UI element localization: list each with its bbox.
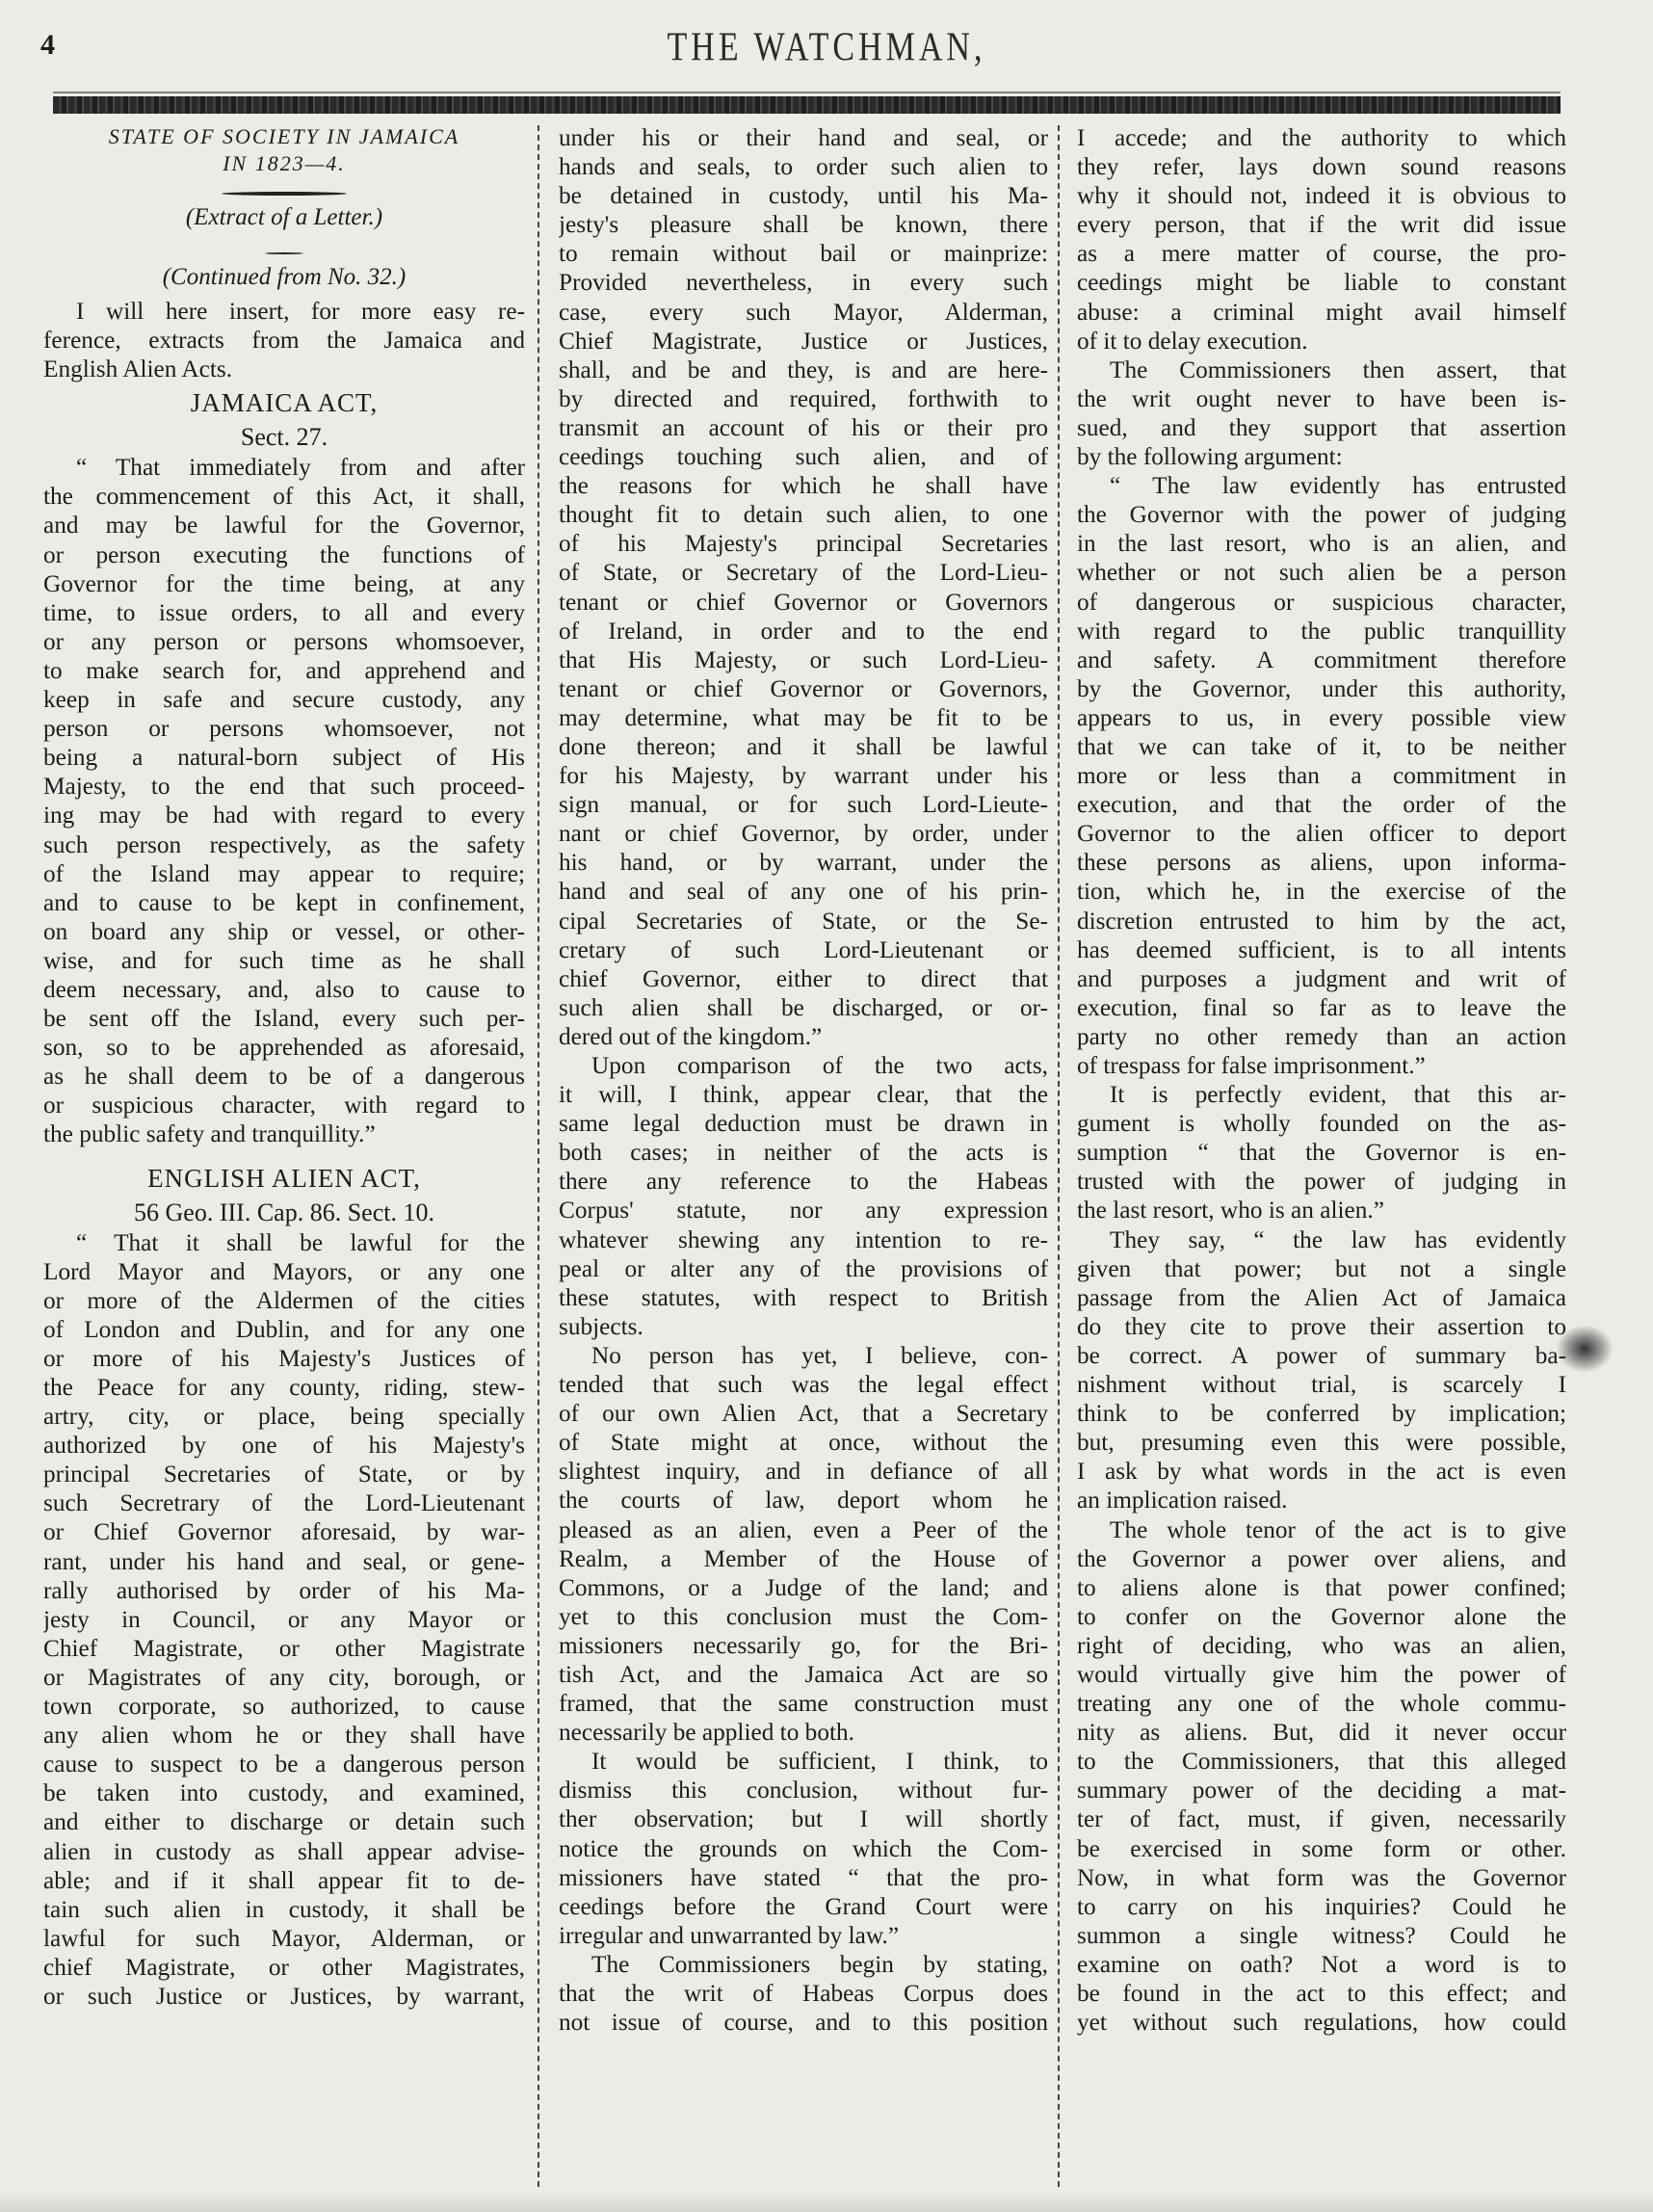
text-line: nity as aliens. But, did it never occur	[1077, 1718, 1566, 1747]
text-line: given that power; but not a single	[1077, 1254, 1566, 1283]
text-line: would virtually give him the power of	[1077, 1660, 1566, 1689]
text-line: time, to issue orders, to all and every	[43, 598, 525, 627]
text-line: not issue of course, and to this positio…	[559, 2008, 1048, 2037]
text-line: to aliens alone is that power confined;	[1077, 1573, 1566, 1602]
text-line: cause to suspect to be a dangerous perso…	[43, 1750, 525, 1778]
text-line: of trespass for false imprisonment.”	[1077, 1051, 1566, 1080]
text-line: nant or chief Governor, by order, under	[559, 819, 1048, 848]
text-line: jesty in Council, or any Mayor or	[43, 1605, 525, 1634]
text-line: I will here insert, for more easy re-	[43, 297, 525, 326]
text-line: dismiss this conclusion, without fur-	[559, 1776, 1048, 1804]
text-line: or suspicious character, with regard to	[43, 1091, 525, 1119]
comparison-paragraph: Upon comparison of the two acts, it will…	[559, 1051, 1048, 1341]
sufficient-paragraph: It would be sufficient, I think, to dism…	[559, 1747, 1048, 1950]
text-line: artry, city, or place, being specially	[43, 1402, 525, 1431]
text-line: ther observation; but I will shortly	[559, 1804, 1048, 1833]
text-line: notice the grounds on which the Com-	[559, 1834, 1048, 1863]
text-line: Commons, or a Judge of the land; and	[559, 1573, 1048, 1602]
text-line: Majesty, to the end that such proceed-	[43, 772, 525, 801]
text-line: the commencement of this Act, it shall,	[43, 482, 525, 511]
commissioners-begin-paragraph: The Commissioners begin by stating, that…	[559, 1950, 1048, 2037]
text-line: dered out of the kingdom.”	[559, 1022, 1048, 1051]
they-say-paragraph: They say, “ the law has evidently given …	[1077, 1225, 1566, 1515]
text-line: but, presuming even this were possible,	[1077, 1428, 1566, 1457]
text-line: or more of his Majesty's Justices of	[43, 1344, 525, 1373]
text-line: of it to delay execution.	[1077, 327, 1566, 355]
text-line: slightest inquiry, and in defiance of al…	[559, 1457, 1048, 1486]
text-line: tain such alien in custody, it shall be	[43, 1895, 525, 1924]
text-line: irregular and unwarranted by law.”	[559, 1921, 1048, 1950]
commissioners-assert-paragraph: The Commissioners then assert, that the …	[1077, 355, 1566, 471]
text-line: keep in safe and secure custody, any	[43, 685, 525, 714]
text-line: or Magistrates of any city, borough, or	[43, 1663, 525, 1692]
text-line: appears to us, in every possible view	[1077, 703, 1566, 732]
text-line: principal Secretaries of State, or by	[43, 1460, 525, 1488]
text-line: pleased as an alien, even a Peer of the	[559, 1515, 1048, 1544]
text-line: to confer on the Governor alone the	[1077, 1602, 1566, 1631]
text-line: to the Commissioners, that this alleged	[1077, 1747, 1566, 1776]
text-line: sign manual, or for such Lord-Lieute-	[559, 790, 1048, 819]
text-line: as a mere matter of course, the pro-	[1077, 239, 1566, 268]
text-line: whatever shewing any intention to re-	[559, 1225, 1048, 1254]
text-line: or any person or persons whomsoever,	[43, 627, 525, 656]
text-line: tion, which he, in the exercise of the	[1077, 877, 1566, 906]
text-line: summon a single witness? Could he	[1077, 1921, 1566, 1950]
text-line: Governor for the time being, at any	[43, 569, 525, 598]
text-line: may determine, what may be fit to be	[559, 703, 1048, 732]
text-line: passage from the Alien Act of Jamaica	[1077, 1283, 1566, 1312]
text-line: of State might at once, without the	[559, 1428, 1048, 1457]
text-line: do they cite to prove their assertion to	[1077, 1312, 1566, 1341]
text-line: yet without such regulations, how could	[1077, 2008, 1566, 2037]
text-line: lawful for such Mayor, Alderman, or	[43, 1924, 525, 1953]
text-line: execution, final so far as to leave the	[1077, 993, 1566, 1022]
text-line: that His Majesty, or such Lord-Lieu-	[559, 645, 1048, 674]
text-line: nishment without trial, is scarcely I	[1077, 1370, 1566, 1399]
torn-bottom-edge	[0, 2191, 1653, 2212]
text-line: hands and seals, to order such alien to	[559, 152, 1048, 181]
jamaica-act-section: Sect. 27.	[43, 422, 525, 453]
text-line: that the writ of Habeas Corpus does	[559, 1979, 1048, 2008]
text-line: by the following argument:	[1077, 442, 1566, 471]
text-line: of dangerous or suspicious character,	[1077, 588, 1566, 617]
text-line: these persons as aliens, upon informa-	[1077, 848, 1566, 877]
text-line: be taken into custody, and examined,	[43, 1778, 525, 1807]
text-line: Chief Magistrate, or other Magistrate	[43, 1634, 525, 1663]
text-line: rally authorised by order of his Ma-	[43, 1576, 525, 1605]
text-line: in the last resort, who is an alien, and	[1077, 529, 1566, 558]
text-line: It is perfectly evident, that this ar-	[1077, 1080, 1566, 1109]
masthead-title: THE WATCHMAN,	[0, 25, 1653, 71]
text-line: to make search for, and apprehend and	[43, 656, 525, 685]
text-line: trusted with the power of judging in	[1077, 1167, 1566, 1196]
text-line: of the Island may appear to require;	[43, 859, 525, 888]
article-subtitle: (Extract of a Letter.)	[43, 198, 525, 237]
text-line: be found in the act to this effect; and	[1077, 1979, 1566, 2008]
text-line: framed, that the same construction must	[559, 1689, 1048, 1718]
text-line: able; and if it shall appear fit to de-	[43, 1866, 525, 1895]
text-line: for his Majesty, by warrant under his	[559, 761, 1048, 790]
text-line: execution, and that the order of the	[1077, 790, 1566, 819]
text-line: or Chief Governor aforesaid, by war-	[43, 1517, 525, 1546]
text-line: summary power of the deciding a mat-	[1077, 1776, 1566, 1804]
text-line: such alien shall be discharged, or or-	[559, 993, 1048, 1022]
no-person-paragraph: No person has yet, I believe, con- tende…	[559, 1341, 1048, 1747]
text-line: peal or alter any of the provisions of	[559, 1254, 1048, 1283]
header-thick-rule	[53, 96, 1561, 114]
text-line: The Commissioners begin by stating,	[559, 1950, 1048, 1979]
text-line: of London and Dublin, and for any one	[43, 1315, 525, 1344]
text-line: missioners have stated “ that the pro-	[559, 1863, 1048, 1892]
text-line: discretion entrusted to him by the act,	[1077, 907, 1566, 935]
text-line: ing may be had with regard to every	[43, 801, 525, 829]
header-thin-rule	[53, 92, 1561, 93]
text-line: transmit an account of his or their pro	[559, 413, 1048, 442]
text-line: every person, that if the writ did issue	[1077, 210, 1566, 239]
text-line: these statutes, with respect to British	[559, 1283, 1048, 1312]
text-line: or person executing the functions of	[43, 540, 525, 569]
text-line: person or persons whomsoever, not	[43, 714, 525, 743]
text-line: same legal deduction must be drawn in	[559, 1109, 1048, 1138]
text-line: whether or not such alien be a person	[1077, 558, 1566, 587]
text-line: English Alien Acts.	[43, 355, 525, 383]
text-line: “ That it shall be lawful for the	[43, 1228, 525, 1257]
text-line: alien in custody as shall appear advise-	[43, 1837, 525, 1866]
text-line: more or less than a commitment in	[1077, 761, 1566, 790]
text-line: “ That immediately from and after	[43, 453, 525, 482]
text-line: “ The law evidently has entrusted	[1077, 471, 1566, 500]
text-line: by the Governor, under this authority,	[1077, 674, 1566, 703]
column-1: STATE OF SOCIETY IN JAMAICA IN 1823—4. (…	[43, 123, 525, 2193]
text-line: cretary of such Lord-Lieutenant or	[559, 935, 1048, 964]
text-line: gument is wholly founded on the as-	[1077, 1109, 1566, 1138]
text-line: of State, or Secretary of the Lord-Lieu-	[559, 558, 1048, 587]
english-act-section: 56 Geo. III. Cap. 86. Sect. 10.	[43, 1198, 525, 1228]
text-line: it will, I think, appear clear, that the	[559, 1080, 1048, 1109]
whole-tenor-paragraph: The whole tenor of the act is to give th…	[1077, 1515, 1566, 2038]
text-line: party no other remedy than an action	[1077, 1022, 1566, 1051]
text-line: of our own Alien Act, that a Secretary	[559, 1399, 1048, 1428]
text-line: chief Governor, either to direct that	[559, 964, 1048, 993]
text-line: subjects.	[559, 1312, 1048, 1341]
text-line: abuse: a criminal might avail himself	[1077, 298, 1566, 327]
text-line: sumption “ that the Governor is en-	[1077, 1138, 1566, 1167]
text-line: chief Magistrate, or other Magistrates,	[43, 1953, 525, 1982]
english-act-heading: ENGLISH ALIEN ACT,	[43, 1159, 525, 1198]
text-line: as he shall deem to be of a dangerous	[43, 1062, 525, 1091]
text-line: rant, under his hand and seal, or gene-	[43, 1547, 525, 1576]
text-line: examine on oath? Not a word is to	[1077, 1950, 1566, 1979]
article-title: STATE OF SOCIETY IN JAMAICA	[43, 123, 525, 150]
text-line: missioners necessarily go, for the Bri-	[559, 1631, 1048, 1660]
text-line: there any reference to the Habeas	[559, 1167, 1048, 1196]
text-line: on board any ship or vessel, or other-	[43, 917, 525, 946]
text-line: Upon comparison of the two acts,	[559, 1051, 1048, 1080]
text-line: be detained in custody, until his Ma-	[559, 181, 1048, 210]
text-line: I accede; and the authority to which	[1077, 123, 1566, 152]
text-line: Governor to the alien officer to deport	[1077, 819, 1566, 848]
text-line: necessarily be applied to both.	[559, 1718, 1048, 1747]
text-line: Chief Magistrate, Justice or Justices,	[559, 327, 1048, 355]
continued-note: (Continued from No. 32.)	[43, 258, 525, 297]
text-line: thought fit to detain such alien, to one	[559, 500, 1048, 529]
text-line: done thereon; and it shall be lawful	[559, 732, 1048, 761]
text-line: tish Act, and the Jamaica Act are so	[559, 1660, 1048, 1689]
text-line: The whole tenor of the act is to give	[1077, 1515, 1566, 1544]
text-line: It would be sufficient, I think, to	[559, 1747, 1048, 1776]
text-line: under his or their hand and seal, or	[559, 123, 1048, 152]
text-line: I ask by what words in the act is even	[1077, 1457, 1566, 1486]
text-line: the last resort, who is an alien.”	[1077, 1196, 1566, 1224]
text-line: be correct. A power of summary ba-	[1077, 1341, 1566, 1370]
text-line: tenant or chief Governor or Governors	[559, 588, 1048, 617]
text-line: hand and seal of any one of his prin-	[559, 877, 1048, 906]
text-line: town corporate, so authorized, to cause	[43, 1692, 525, 1721]
text-line: son, so to be apprehended as aforesaid,	[43, 1033, 525, 1062]
text-line: with regard to the public tranquillity	[1077, 617, 1566, 645]
text-line: think to be conferred by implication;	[1077, 1399, 1566, 1428]
text-line: any alien whom he or they shall have	[43, 1721, 525, 1750]
jamaica-act-heading: JAMAICA ACT,	[43, 383, 525, 422]
text-line: yet to this conclusion must the Com-	[559, 1602, 1048, 1631]
text-line: of Ireland, in order and to the end	[559, 617, 1048, 645]
text-line: both cases; in neither of the acts is	[559, 1138, 1048, 1167]
text-line: his hand, or by warrant, under the	[559, 848, 1048, 877]
text-line: such Secretrary of the Lord-Lieutenant	[43, 1488, 525, 1517]
intro-paragraph: I will here insert, for more easy re- fe…	[43, 297, 525, 383]
text-line: and may be lawful for the Governor,	[43, 511, 525, 540]
text-line: the courts of law, deport whom he	[559, 1486, 1048, 1514]
ink-smudge	[1556, 1325, 1614, 1373]
text-line: has deemed sufficient, is to all intents	[1077, 935, 1566, 964]
perfectly-evident-paragraph: It is perfectly evident, that this ar- g…	[1077, 1080, 1566, 1224]
column-2: under his or their hand and seal, or han…	[559, 123, 1048, 2193]
accede-paragraph: I accede; and the authority to which the…	[1077, 123, 1566, 355]
text-line: right of deciding, who was an alien,	[1077, 1631, 1566, 1660]
text-line: and safety. A commitment therefore	[1077, 645, 1566, 674]
text-line: sued, and they support that assertion	[1077, 413, 1566, 442]
text-line: being a natural-born subject of His	[43, 743, 525, 772]
text-line: they refer, lays down sound reasons	[1077, 152, 1566, 181]
text-line: that we can take of it, to be neither	[1077, 732, 1566, 761]
text-line: the Governor with the power of judging	[1077, 500, 1566, 529]
text-line: tenant or chief Governor or Governors,	[559, 674, 1048, 703]
column-divider	[1058, 125, 1060, 2197]
text-line: wise, and for such time as he shall	[43, 946, 525, 975]
article-title-year: IN 1823—4.	[43, 150, 525, 177]
text-line: Realm, a Member of the House of	[559, 1544, 1048, 1573]
text-line: cipal Secretaries of State, or the Se-	[559, 907, 1048, 935]
text-line: an implication raised.	[1077, 1486, 1566, 1514]
text-line: No person has yet, I believe, con-	[559, 1341, 1048, 1370]
text-line: Now, in what form was the Governor	[1077, 1863, 1566, 1892]
text-line: Provided nevertheless, in every such	[559, 268, 1048, 297]
english-act-text-continued: under his or their hand and seal, or han…	[559, 123, 1048, 1051]
text-line: and purposes a judgment and writ of	[1077, 964, 1566, 993]
text-line: the public safety and tranquillity.”	[43, 1119, 525, 1148]
text-line: why it should not, indeed it is obvious …	[1077, 181, 1566, 210]
text-line: be sent off the Island, every such per-	[43, 1004, 525, 1033]
text-line: by directed and required, forthwith to	[559, 384, 1048, 413]
text-line: such person respectively, as the safety	[43, 830, 525, 859]
text-line: ceedings might be liable to constant	[1077, 268, 1566, 297]
text-line: and either to discharge or detain such	[43, 1807, 525, 1836]
text-line: shall, and be and they, is and are here-	[559, 355, 1048, 384]
english-act-text: “ That it shall be lawful for the Lord M…	[43, 1228, 525, 2012]
text-line: case, every such Mayor, Alderman,	[559, 298, 1048, 327]
text-line: or more of the Aldermen of the cities	[43, 1286, 525, 1315]
text-line: the writ ought never to have been is-	[1077, 384, 1566, 413]
text-line: treating any one of the whole commu-	[1077, 1689, 1566, 1718]
text-line: The Commissioners then assert, that	[1077, 355, 1566, 384]
text-line: Corpus' statute, nor any expression	[559, 1196, 1048, 1224]
text-line: of his Majesty's principal Secretaries	[559, 529, 1048, 558]
text-line: authorized by one of his Majesty's	[43, 1431, 525, 1460]
text-line: the reasons for which he shall have	[559, 471, 1048, 500]
text-line: be exercised in some form or other.	[1077, 1834, 1566, 1863]
text-line: the Peace for any county, riding, stew-	[43, 1373, 525, 1402]
text-line: deem necessary, and, also to cause to	[43, 975, 525, 1004]
text-line: ceedings before the Grand Court were	[559, 1892, 1048, 1921]
text-line: jesty's pleasure shall be known, there	[559, 210, 1048, 239]
text-line: and to cause to be kept in confinement,	[43, 888, 525, 917]
column-divider	[538, 125, 539, 2197]
text-line: ference, extracts from the Jamaica and	[43, 326, 525, 355]
text-line: tended that such was the legal effect	[559, 1370, 1048, 1399]
text-line: or such Justice or Justices, by warrant,	[43, 1982, 525, 2011]
column-3: I accede; and the authority to which the…	[1077, 123, 1566, 2193]
text-line: ceedings touching such alien, and of	[559, 442, 1048, 471]
ornament-divider	[43, 237, 525, 258]
ornament-divider	[43, 177, 525, 198]
jamaica-act-text: “ That immediately from and after the co…	[43, 453, 525, 1148]
text-line: to carry on his inquiries? Could he	[1077, 1892, 1566, 1921]
text-line: ter of fact, must, if given, necessarily	[1077, 1804, 1566, 1833]
text-line: Lord Mayor and Mayors, or any one	[43, 1257, 525, 1286]
law-evidently-quote: “ The law evidently has entrusted the Go…	[1077, 471, 1566, 1080]
text-line: to remain without bail or mainprize:	[559, 239, 1048, 268]
text-line: They say, “ the law has evidently	[1077, 1225, 1566, 1254]
text-line: the Governor a power over aliens, and	[1077, 1544, 1566, 1573]
